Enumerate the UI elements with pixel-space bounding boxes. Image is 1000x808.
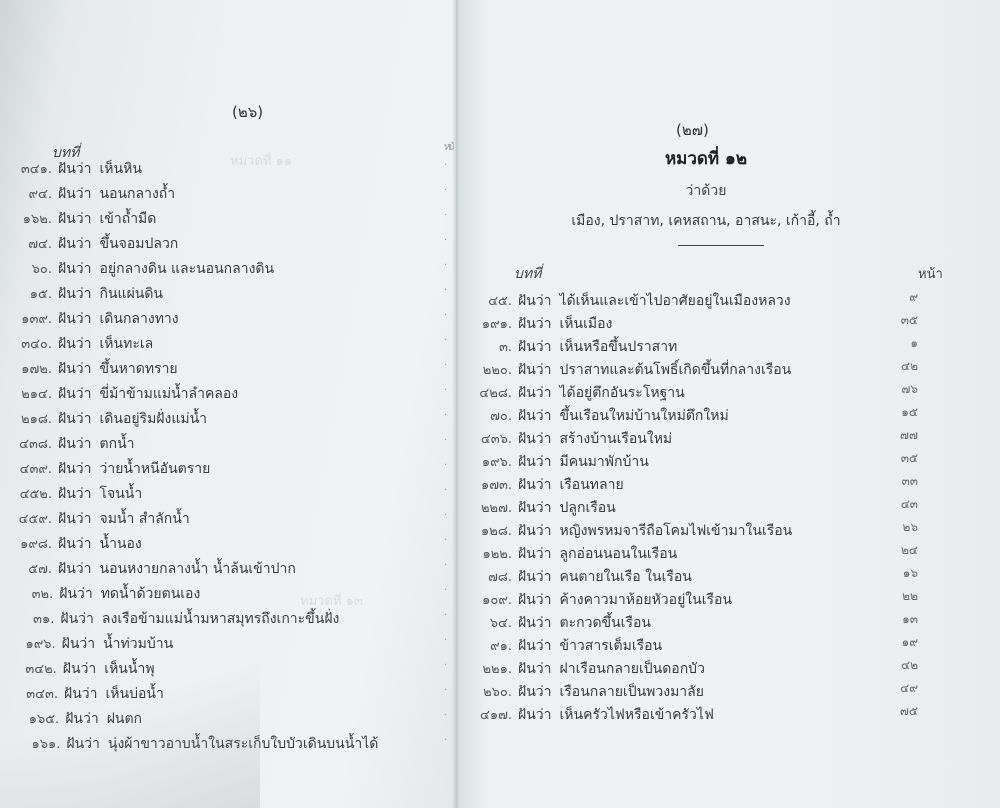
entry-prefix: ฝันว่า [518,500,552,516]
entry-number: ๔๕๒. [0,483,52,504]
entry-prefix: ฝันว่า [58,211,92,227]
toc-entry: ๒๑๘.ฝันว่าเดินอยู่ริมฝั่งแม่น้ำ [0,408,207,430]
entry-title: เรือนกลายเป็นพวงมาลัย [560,684,704,700]
entry-title: เห็นครัวไฟหรือเข้าครัวไฟ [560,707,714,723]
entry-prefix: ฝันว่า [58,561,92,577]
entry-page-number: ๑๖ [878,564,918,583]
entry-number: ๑๖๒. [0,208,52,229]
entry-prefix: ฝันว่า [58,186,92,202]
entry-prefix: ฝันว่า [58,161,92,177]
entry-number: ๒๑๘. [0,408,52,429]
entry-prefix: ฝันว่า [518,477,552,493]
right-page-number: (๒๗) [676,118,709,142]
entry-page-number: ๗๖ [878,380,918,399]
toc-entry: ๓๒.ฝันว่าทดน้ำด้วยตนเอง [0,583,200,605]
toc-entry: ๒๒๑.ฝันว่าฝาเรือนกลายเป็นดอกบัว [456,658,705,680]
left-page-number: (๒๖) [232,100,263,124]
entry-number: ๓๔๐. [0,333,52,354]
entry-title: คนตายในเรือ ในเรือน [560,569,692,585]
entry-title: ทดน้ำด้วยตนเอง [101,586,201,602]
toc-entry: ๑๓๙.ฝันว่าเดินกลางทาง [0,308,179,330]
entry-prefix: ฝันว่า [58,361,92,377]
entry-number: ๖๔. [456,612,512,633]
toc-entry: ๙๑.ฝันว่าข้าวสารเต็มเรือน [456,635,662,657]
entry-prefix: ฝันว่า [518,362,552,378]
entry-number: ๑๙๖. [456,451,512,472]
entry-title: ข้าวสารเต็มเรือน [560,638,663,654]
entry-prefix: ฝันว่า [518,385,552,401]
entry-prefix: ฝันว่า [518,684,552,700]
entry-page-number: ๔๙ [878,679,918,698]
entry-prefix: ฝันว่า [58,336,92,352]
entry-prefix: ฝันว่า [58,236,92,252]
entry-page-number: ๔๓ [878,495,918,514]
entry-prefix: ฝันว่า [518,293,552,309]
left-page: (๒๖) บทที่ หน้ หมวดที่ ๑๑ หมวดที่ ๑๓ ๓๔๑… [0,0,456,808]
entry-prefix: ฝันว่า [60,611,94,627]
entry-title: ฝาเรือนกลายเป็นดอกบัว [560,661,705,677]
entry-number: ๑๙๑. [456,313,512,334]
entry-number: ๑๗๓. [456,474,512,495]
entry-number: ๒๒๗. [456,497,512,518]
entry-title: จมน้ำ สำลักน้ำ [100,511,190,527]
entry-page-number: ๗๕ [878,702,918,721]
right-page-column-header: หน้า [918,263,943,284]
entry-prefix: ฝันว่า [58,311,92,327]
entry-prefix: ฝันว่า [518,569,552,585]
entry-page-number: ๑ [878,334,918,353]
toc-entry: ๒๑๔.ฝันว่าขี่ม้าข้ามแม่น้ำลำคลอง [0,383,238,405]
toc-entry: ๑๐๙.ฝันว่าค้างคาวมาห้อยหัวอยู่ในเรือน [456,589,732,611]
entry-prefix: ฝันว่า [518,592,552,608]
entry-title: โจนน้ำ [100,486,143,502]
entry-number: ๑๒๒. [456,543,512,564]
entry-prefix: ฝันว่า [58,511,92,527]
entry-page-number: ๒๔ [878,541,918,560]
toc-entry: ๙๔.ฝันว่านอนกลางถ้ำ [0,183,175,205]
entry-title: เดินกลางทาง [100,311,179,327]
toc-entry: ๑๗๓.ฝันว่าเรือนทลาย [456,474,624,496]
entry-page-number: ๒๖ [878,518,918,537]
entry-number: ๒๖๐. [456,681,512,702]
entry-number: ๔๕๙. [0,508,52,529]
entry-prefix: ฝันว่า [518,615,552,631]
entry-prefix: ฝันว่า [518,638,552,654]
entry-number: ๒๒๐. [456,359,512,380]
entry-number: ๔๓๘. [0,433,52,454]
toc-entry: ๔๓๘.ฝันว่าตกน้ำ [0,433,135,455]
toc-entry: ๑๙๘.ฝันว่าน้ำนอง [0,533,142,555]
toc-entry: ๔๒๘.ฝันว่าได้อยู่ตึกอันระโหฐาน [456,382,685,404]
entry-title: ขึ้นเรือนใหม่บ้านใหม่ตึกใหม่ [560,408,729,424]
entry-number: ๗๔. [0,233,52,254]
entry-number: ๙๑. [456,635,512,656]
entry-title: ตะกวดขึ้นเรือน [560,615,651,631]
toc-entry: ๖๐.ฝันว่าอยู่กลางดิน และนอนกลางดิน [0,258,274,280]
entry-number: ๑๒๘. [456,520,512,541]
entry-number: ๔๓๙. [0,458,52,479]
entry-title: นอนกลางถ้ำ [100,186,176,202]
toc-entry: ๒๖๐.ฝันว่าเรือนกลายเป็นพวงมาลัย [456,681,704,703]
page-curl-shadow [0,640,260,808]
entry-title: ขึ้นหาดทราย [100,361,178,377]
entry-page-number: ๗๗ [878,426,918,445]
entry-number: ๔๕. [456,290,512,311]
toc-entry: ๔๕๒.ฝันว่าโจนน้ำ [0,483,142,505]
toc-entry: ๓๑.ฝันว่าลงเรือข้ามแม่น้ำมหาสมุทรถึงเกาะ… [0,608,339,630]
entry-number: ๗๘. [456,566,512,587]
toc-entry: ๑๗๒.ฝันว่าขึ้นหาดทราย [0,358,178,380]
entry-number: ๖๐. [0,258,52,279]
toc-entry: ๗๐.ฝันว่าขึ้นเรือนใหม่บ้านใหม่ตึกใหม่ [456,405,729,427]
entry-title: ลงเรือข้ามแม่น้ำมหาสมุทรถึงเกาะขึ้นฝั่ง [102,611,339,627]
toc-entry: ๔๕๙.ฝันว่าจมน้ำ สำลักน้ำ [0,508,190,530]
toc-entry: ๓.ฝันว่าเห็นหรือขึ้นปราสาท [456,336,677,358]
entry-prefix: ฝันว่า [58,461,92,477]
entry-number: ๑๗๒. [0,358,52,379]
entry-number: ๔๓๖. [456,428,512,449]
entry-number: ๑๕. [0,283,52,304]
entry-prefix: ฝันว่า [58,436,92,452]
section-title: หมวดที่ ๑๒ [626,145,786,172]
toc-entry: ๑๙๑.ฝันว่าเห็นเมือง [456,313,612,335]
right-page: (๒๗) หมวดที่ ๑๒ ว่าด้วย เมือง, ปราสาท, เ… [456,0,1000,808]
toc-entry: ๓๔๐.ฝันว่าเห็นทะเล [0,333,153,355]
section-topics: เมือง, ปราสาท, เคหสถาน, อาสนะ, เก้าอี้, … [516,210,896,232]
entry-page-number: ๑๓ [878,610,918,629]
entry-title: เดินอยู่ริมฝั่งแม่น้ำ [100,411,208,427]
entry-number: ๓๔๑. [0,158,52,179]
entry-title: เห็นทะเล [100,336,154,352]
entry-number: ๙๔. [0,183,52,204]
toc-entry: ๔๓๙.ฝันว่าว่ายน้ำหนีอันตราย [0,458,210,480]
toc-entry: ๗๔.ฝันว่าขึ้นจอมปลวก [0,233,178,255]
entry-prefix: ฝันว่า [58,286,92,302]
entry-title: ขึ้นจอมปลวก [100,236,179,252]
entry-title: ตกน้ำ [100,436,135,452]
entry-title: ปราสาทและต้นโพธิ์เกิดขึ้นที่กลางเรือน [560,362,792,378]
entry-number: ๔๒๘. [456,382,512,403]
entry-prefix: ฝันว่า [518,454,552,470]
toc-entry: ๖๔.ฝันว่าตะกวดขึ้นเรือน [456,612,651,634]
entry-prefix: ฝันว่า [518,523,552,539]
entry-title: เห็นหิน [100,161,142,177]
entry-number: ๒๑๔. [0,383,52,404]
entry-title: นอนหงายกลางน้ำ น้ำล้นเข้าปาก [100,561,296,577]
entry-prefix: ฝันว่า [59,586,93,602]
toc-entry: ๒๒๗.ฝันว่าปลูกเรือน [456,497,616,519]
entry-prefix: ฝันว่า [518,316,552,332]
toc-entry: ๑๒๘.ฝันว่าหญิงพรหมจารีถือโคมไฟเข้ามาในเร… [456,520,792,542]
entry-title: น้ำนอง [100,536,142,552]
toc-entry: ๒๒๐.ฝันว่าปราสาทและต้นโพธิ์เกิดขึ้นที่กล… [456,359,791,381]
entry-prefix: ฝันว่า [518,431,552,447]
entry-title: เห็นหรือขึ้นปราสาท [560,339,678,355]
entry-prefix: ฝันว่า [58,261,92,277]
entry-page-number: ๓๓ [878,472,918,491]
entry-title: หญิงพรหมจารีถือโคมไฟเข้ามาในเรือน [560,523,793,539]
toc-entry: ๔๑๗.ฝันว่าเห็นครัวไฟหรือเข้าครัวไฟ [456,704,714,726]
title-divider [678,245,764,246]
toc-entry: ๓๔๑.ฝันว่าเห็นหิน [0,158,142,180]
entry-number: ๑๐๙. [456,589,512,610]
entry-prefix: ฝันว่า [58,486,92,502]
bleed-through-text: หมวดที่ ๑๑ [230,150,292,171]
entry-title: มีคนมาพักบ้าน [560,454,649,470]
entry-prefix: ฝันว่า [518,707,552,723]
toc-entry: ๑๒๒.ฝันว่าลูกอ่อนนอนในเรือน [456,543,677,565]
entry-title: เข้าถ้ำมืด [100,211,157,227]
toc-entry: ๗๘.ฝันว่าคนตายในเรือ ในเรือน [456,566,692,588]
entry-title: ได้เห็นและเข้าไปอาศัยอยู่ในเมืองหลวง [560,293,791,309]
entry-prefix: ฝันว่า [518,661,552,677]
entry-number: ๑๙๘. [0,533,52,554]
entry-title: ได้อยู่ตึกอันระโหฐาน [560,385,685,401]
entry-number: ๔๑๗. [456,704,512,725]
book-gutter [452,0,460,808]
entry-page-number: ๓๕ [878,449,918,468]
entry-number: ๒๒๑. [456,658,512,679]
entry-page-number: ๓๕ [878,311,918,330]
entry-prefix: ฝันว่า [518,408,552,424]
toc-entry: ๔๓๖.ฝันว่าสร้างบ้านเรือนใหม่ [456,428,672,450]
entry-page-number: ๒๒ [878,587,918,606]
entry-title: อยู่กลางดิน และนอนกลางดิน [100,261,275,277]
entry-title: ค้างคาวมาห้อยหัวอยู่ในเรือน [560,592,732,608]
entry-title: กินแผ่นดิน [100,286,164,302]
entry-title: เรือนทลาย [560,477,624,493]
entry-number: ๓๒. [0,583,53,604]
toc-entry: ๑๕.ฝันว่ากินแผ่นดิน [0,283,163,305]
entry-title: ขี่ม้าข้ามแม่น้ำลำคลอง [100,386,239,402]
entry-page-number: ๙ [878,288,918,307]
section-subtitle: ว่าด้วย [626,180,786,202]
entry-number: ๓. [456,336,512,357]
entry-number: ๗๐. [456,405,512,426]
entry-prefix: ฝันว่า [58,386,92,402]
toc-entry: ๑๖๒.ฝันว่าเข้าถ้ำมืด [0,208,156,230]
entry-prefix: ฝันว่า [58,536,92,552]
entry-page-number: ๔๒ [878,357,918,376]
entry-number: ๓๑. [0,608,54,629]
toc-entry: ๔๕.ฝันว่าได้เห็นและเข้าไปอาศัยอยู่ในเมือ… [456,290,791,312]
entry-number: ๕๗. [0,558,52,579]
entry-title: เห็นเมือง [560,316,613,332]
entry-prefix: ฝันว่า [518,339,552,355]
entry-page-number: ๔๒ [878,656,918,675]
entry-page-number: ๑๕ [878,403,918,422]
entry-number: ๑๓๙. [0,308,52,329]
toc-entry: ๑๙๖.ฝันว่ามีคนมาพักบ้าน [456,451,649,473]
entry-prefix: ฝันว่า [518,546,552,562]
right-chapter-column-header: บทที่ [514,263,541,285]
toc-entry: ๕๗.ฝันว่านอนหงายกลางน้ำ น้ำล้นเข้าปาก [0,558,296,580]
entry-title: ลูกอ่อนนอนในเรือน [560,546,678,562]
entry-title: ปลูกเรือน [560,500,616,516]
entry-page-number: ๑๙ [878,633,918,652]
entry-title: ว่ายน้ำหนีอันตราย [100,461,211,477]
entry-prefix: ฝันว่า [58,411,92,427]
entry-title: สร้างบ้านเรือนใหม่ [560,431,673,447]
